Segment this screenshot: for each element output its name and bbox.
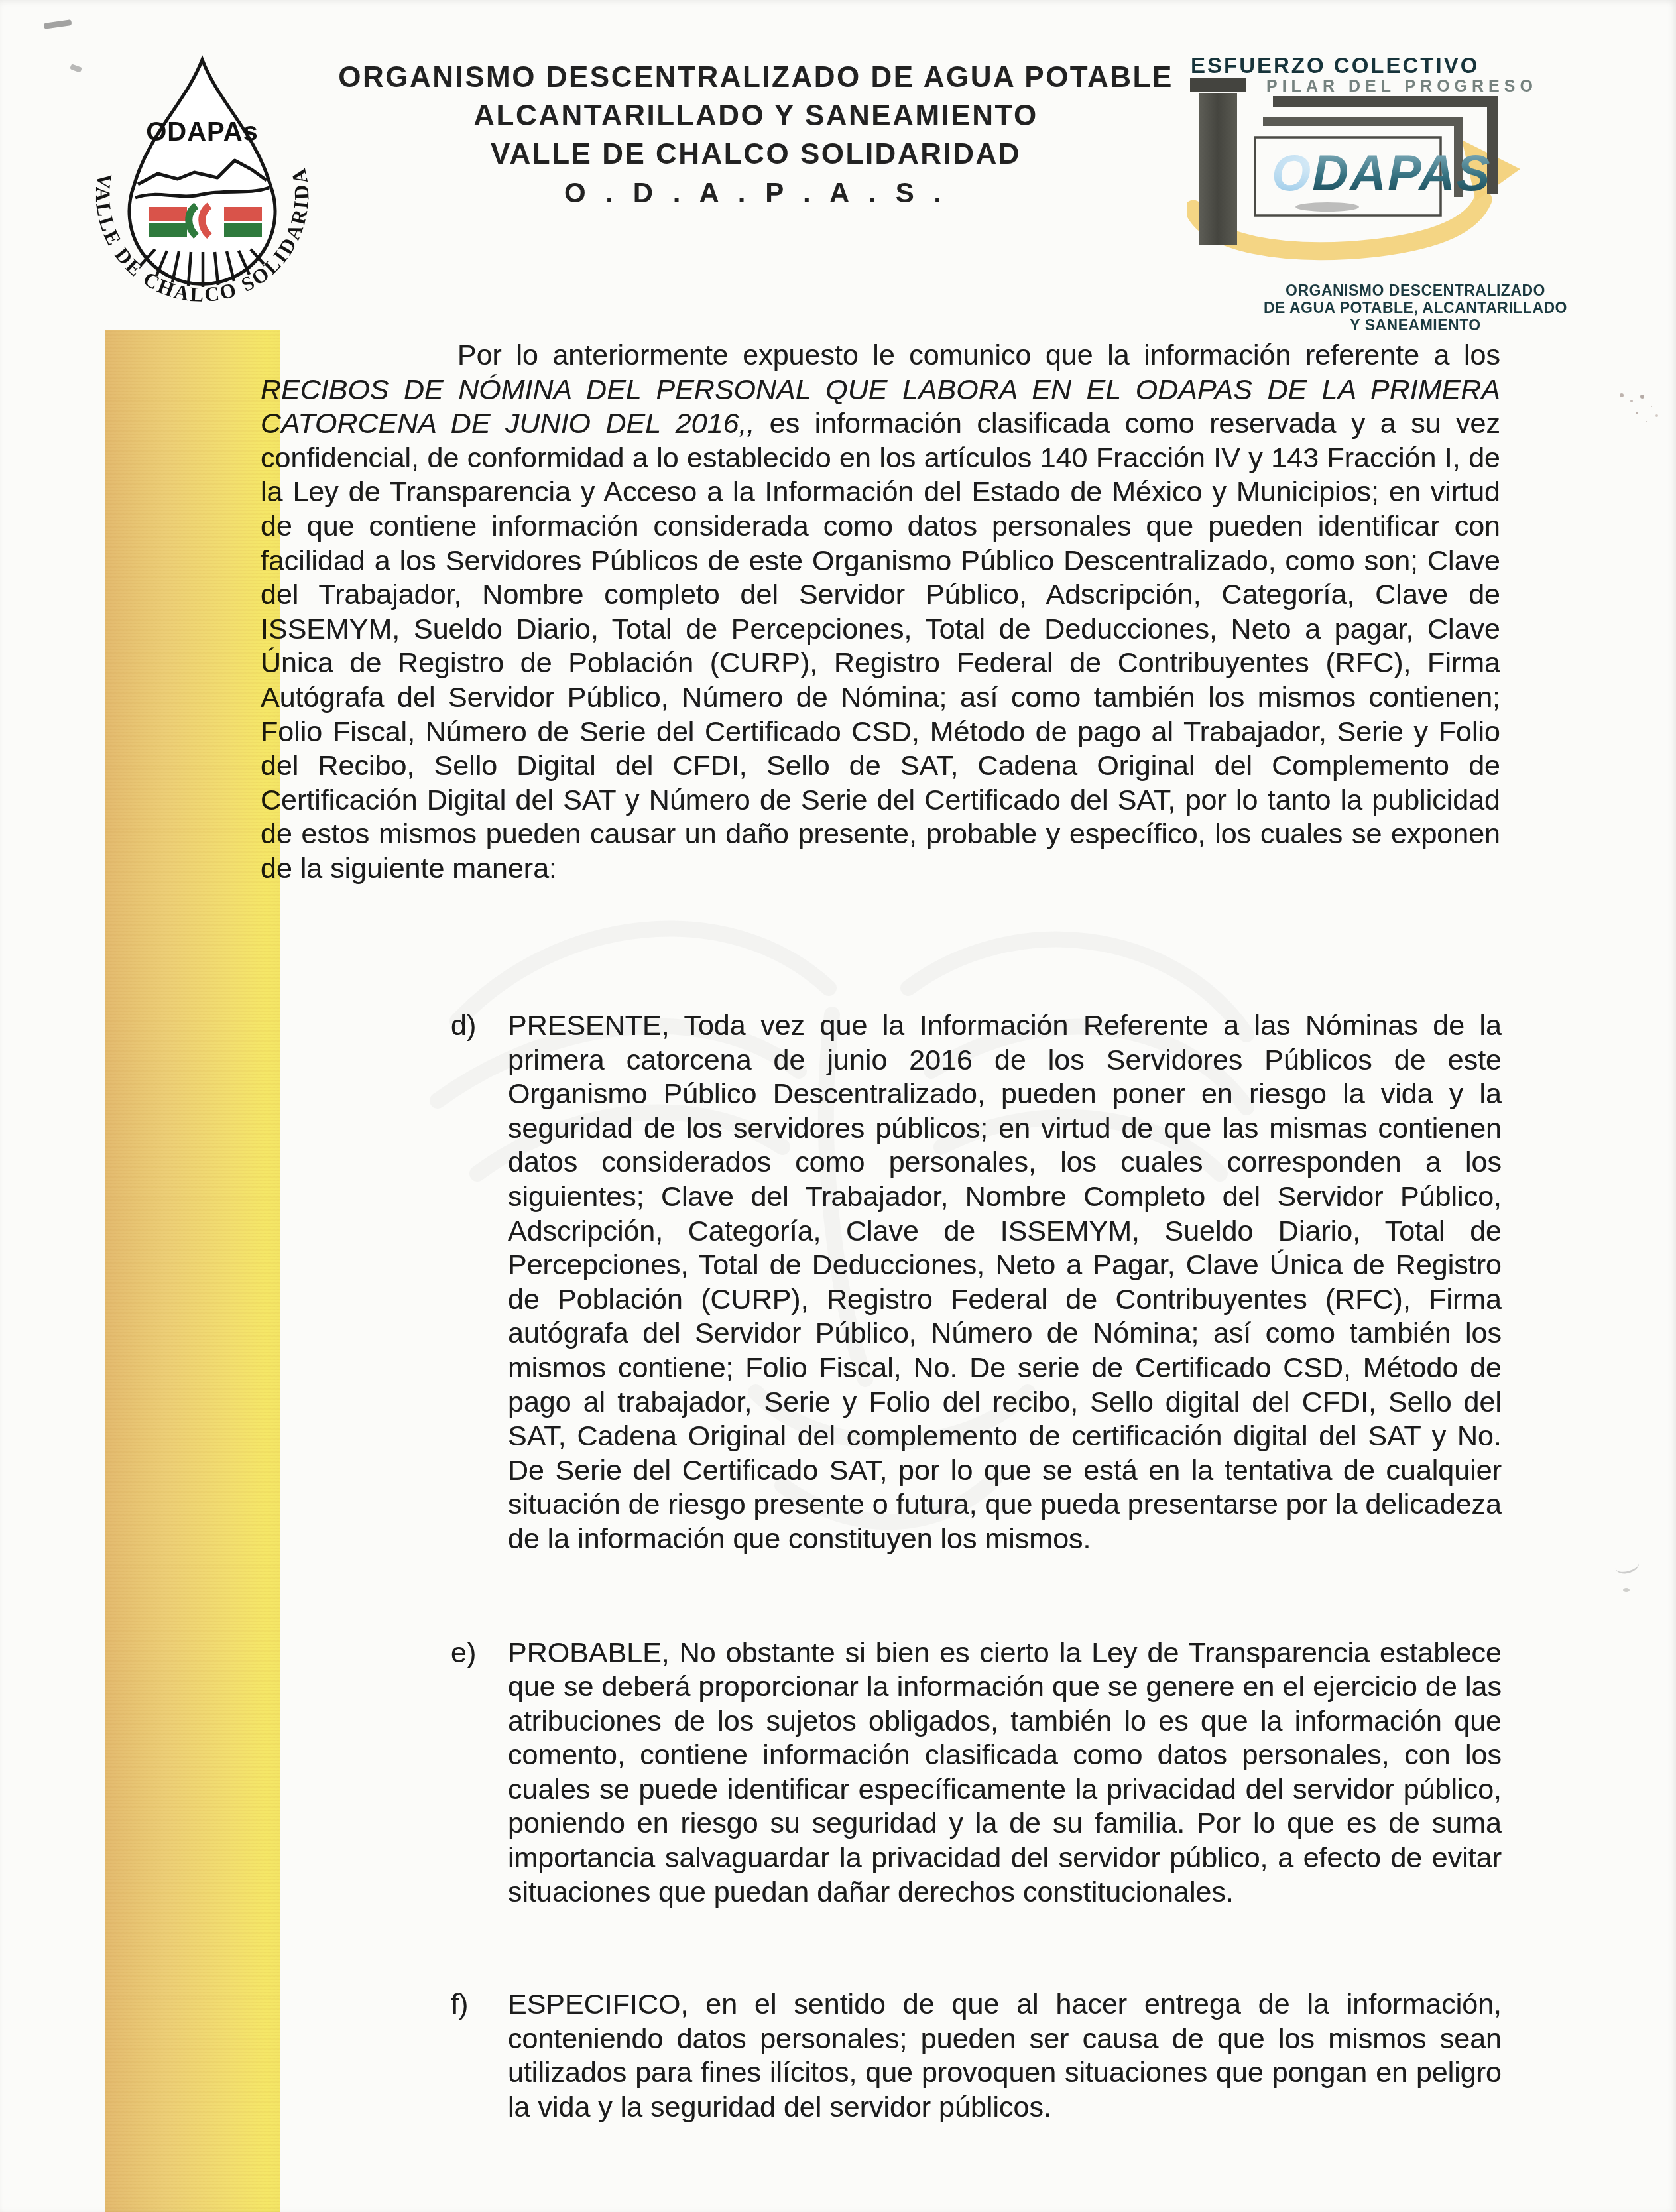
clause-list: d) PRESENTE, Toda vez que la Información… [451,1009,1502,2125]
drop-brand-label: ODAPAs [146,117,259,147]
list-item-e: e) PROBABLE, No obstante si bien es cier… [451,1636,1502,1910]
letterhead-line-1: ORGANISMO DESCENTRALIZADO DE AGUA POTABL… [312,58,1200,97]
pillar-frame-emblem: ODAPAS [1187,76,1644,272]
pillar-capital [1190,78,1246,92]
caption-line-2: DE AGUA POTABLE, ALCANTARILLADO [1187,299,1644,316]
list-item-label: f) [451,1988,508,2124]
scan-smudge [1620,393,1624,397]
flag-bars-icon [149,206,262,237]
yellow-highlighter-strip [105,330,280,2212]
intro-rest: es información clasificada como reservad… [261,408,1500,885]
list-item-text: PROBABLE, No obstante si bien es cierto … [508,1636,1502,1910]
brand-odapas: ODAPAS [1272,145,1492,202]
intro-paragraph: Por lo anteriormente expuesto le comunic… [261,339,1500,887]
scanned-document-page: ODAPAs [0,0,1676,2212]
list-item-f: f) ESPECIFICO, en el sentido de que al h… [451,1988,1502,2124]
left-municipal-logo: ODAPAs [86,46,325,325]
brand-drop-o: O [1272,145,1312,202]
list-item-text: ESPECIFICO, en el sentido de que al hace… [508,1988,1502,2124]
motto-esfuerzo-colectivo: ESFUERZO COLECTIVO [1191,53,1479,78]
brand-shadow [1295,202,1359,212]
scan-smudge [70,64,82,72]
letterhead-acronym: O . D . A . P . A . S . [312,174,1200,212]
list-item-label: d) [451,1009,508,1557]
letterhead-line-3: VALLE DE CHALCO SOLIDARIDAD [312,135,1200,174]
list-item-text: PRESENTE, Toda vez que la Información Re… [508,1009,1502,1557]
caption-line-3: Y SANEAMIENTO [1187,316,1644,334]
water-drop-emblem: ODAPAs [86,46,325,325]
right-odapas-logo: ESFUERZO COLECTIVO PILAR DEL PROGRESO [1187,52,1651,343]
list-item-label: e) [451,1636,508,1910]
scan-smudge [44,19,72,29]
intro-lead: Por lo anteriormente expuesto le comunic… [457,339,1500,371]
pillar-shaft [1199,93,1237,245]
letterhead-title: ORGANISMO DESCENTRALIZADO DE AGUA POTABL… [312,58,1200,212]
scan-smudge [1614,1556,1640,1576]
caption-line-1: ORGANISMO DESCENTRALIZADO [1187,282,1644,299]
letterhead-line-2: ALCANTARILLADO Y SANEAMIENTO [312,97,1200,135]
right-logo-caption: ORGANISMO DESCENTRALIZADO DE AGUA POTABL… [1187,282,1644,334]
list-item-d: d) PRESENTE, Toda vez que la Información… [451,1009,1502,1557]
scan-smudge [1623,1588,1630,1592]
